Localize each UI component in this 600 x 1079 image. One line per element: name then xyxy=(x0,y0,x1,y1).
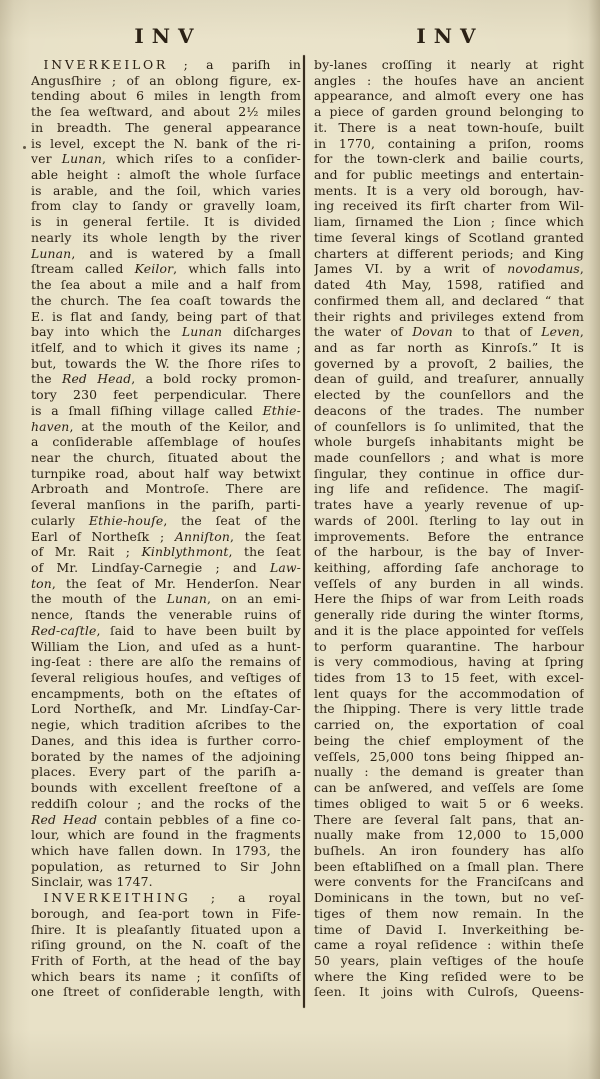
text-line: the water of Dovan to that of Leven, xyxy=(314,324,584,340)
text-line: came a royal reſidence : within theſe xyxy=(314,937,584,953)
text-line: for the town-clerk and bailie courts, xyxy=(314,151,584,167)
text-line: ſeveral manſions in the pariſh, parti- xyxy=(31,497,301,513)
text-line: of the harbour, is the bay of Inver- xyxy=(314,544,584,560)
text-line: the ſea weſtward, and about 2½ miles xyxy=(31,104,301,120)
text-line: governed by a provoſt, 2 bailies, the xyxy=(314,356,584,372)
text-line: nually make from 12,000 to 15,000 xyxy=(314,827,584,843)
text-line: veſſels of any burden in all winds. xyxy=(314,576,584,592)
text-line: bay into which the Lunan diſcharges xyxy=(31,324,301,340)
text-line: wards of 200l. ſterling to lay out in xyxy=(314,513,584,529)
text-line: from clay to ſandy or gravelly loam, xyxy=(31,198,301,214)
text-line: which bears its name ; it conſiſts of xyxy=(31,969,301,985)
text-line: lent quays for the accommodation of xyxy=(314,686,584,702)
text-line: in breadth. The general appearance xyxy=(31,120,301,136)
text-line: angles : the houſes have an ancient xyxy=(314,73,584,89)
text-line: places. Every part of the pariſh a- xyxy=(31,764,301,780)
text-line: Red-caſtle, ſaid to have been built by xyxy=(31,623,301,639)
text-line: ſtream called Keilor, which falls into xyxy=(31,261,301,277)
text-line: nearly its whole length by the river xyxy=(31,230,301,246)
text-line: but, towards the W. the ſhore riſes to xyxy=(31,356,301,372)
text-line: times obliged to wait 5 or 6 weeks. xyxy=(314,796,584,812)
text-line: improvements. Before the entrance xyxy=(314,529,584,545)
text-line: of Mr. Lindſay-Carnegie ; and Law- xyxy=(31,560,301,576)
text-line: and it is the place appointed for veſſel… xyxy=(314,623,584,639)
text-line: the ſea about a mile and a half from xyxy=(31,277,301,293)
text-line: ing received its firſt charter from Wil- xyxy=(314,198,584,214)
text-line: the Red Head, a bold rocky promon- xyxy=(31,371,301,387)
text-line: deacons of the trades. The number xyxy=(314,403,584,419)
text-line: dean of guild, and treaſurer, annually xyxy=(314,371,584,387)
text-line: time ſeveral kings of Scotland granted xyxy=(314,230,584,246)
text-line: ver Lunan, which riſes to a conſider- xyxy=(31,151,301,167)
text-line: is in general fertile. It is divided xyxy=(31,214,301,230)
text-line: charters at different periods; and King xyxy=(314,246,584,262)
ink-speck xyxy=(23,146,26,149)
text-line: encampments, both on the eſtates of xyxy=(31,686,301,702)
text-line: Danes, and this idea is further corro- xyxy=(31,733,301,749)
text-line: ton, the ſeat of Mr. Henderſon. Near xyxy=(31,576,301,592)
text-line: I N V E R K E I T H I N G ; a royal xyxy=(31,890,301,906)
text-line: 50 years, plain veſtiges of the houſe xyxy=(314,953,584,969)
text-line: being the chief employment of the xyxy=(314,733,584,749)
text-line: their rights and privileges extend from xyxy=(314,309,584,325)
text-line: Arbroath and Montroſe. There are xyxy=(31,481,301,497)
text-line: the church. The ſea coaſt towards the xyxy=(31,293,301,309)
text-line: it. There is a neat town-houſe, built xyxy=(314,120,584,136)
text-line: borated by the names of the adjoining xyxy=(31,749,301,765)
text-line: Red Head contain pebbles of a fine co- xyxy=(31,812,301,828)
text-line: which have fallen down. In 1793, the xyxy=(31,843,301,859)
running-header-right: INV xyxy=(312,24,580,48)
text-line: population, as returned to Sir John xyxy=(31,859,301,875)
text-line: Angusſhire ; of an oblong figure, ex- xyxy=(31,73,301,89)
text-line: one ſtreet of conſiderable length, with xyxy=(31,984,301,1000)
text-line: and for public meetings and entertain- xyxy=(314,167,584,183)
text-line: ſeveral religious houſes, and veſtiges o… xyxy=(31,670,301,686)
text-line: Here the ſhips of war from Leith roads xyxy=(314,591,584,607)
running-header-left: INV xyxy=(30,24,298,48)
text-line: Lord Northeſk, and Mr. Lindſay-Car- xyxy=(31,701,301,717)
text-line: William the Lion, and uſed as a hunt- xyxy=(31,639,301,655)
text-line: and as far north as Kinroſs.” It is xyxy=(314,340,584,356)
text-line: Dominicans in the town, but no veſ- xyxy=(314,890,584,906)
text-line: There are ſeveral ſalt pans, that an- xyxy=(314,812,584,828)
text-line: I N V E R K E I L O R ; a pariſh in xyxy=(31,57,301,73)
text-line: ſingular, they continue in office dur- xyxy=(314,466,584,482)
text-line: ing-ſeat : there are alſo the remains of xyxy=(31,654,301,670)
text-line: Lunan, and is watered by a ſmall xyxy=(31,246,301,262)
text-line: reddiſh colour ; and the rocks of the xyxy=(31,796,301,812)
text-line: tides from 13 to 15 feet, with excel- xyxy=(314,670,584,686)
text-line: bounds with excellent freeſtone of a xyxy=(31,780,301,796)
text-line: Sinclair, was 1747. xyxy=(31,874,301,890)
text-line: able height : almoſt the whole ſurface xyxy=(31,167,301,183)
text-line: tiges of them now remain. In the xyxy=(314,906,584,922)
text-line: riſing ground, on the N. coaſt of the xyxy=(31,937,301,953)
text-line: trates have a yearly revenue of up- xyxy=(314,497,584,513)
text-line: made counſellors ; and what is more xyxy=(314,450,584,466)
text-line: tory 230 feet perpendicular. There xyxy=(31,387,301,403)
left-column-text: I N V E R K E I L O R ; a pariſh inAngus… xyxy=(31,57,301,1000)
text-line: near the church, ſituated about the xyxy=(31,450,301,466)
text-line: tending about 6 miles in length from xyxy=(31,88,301,104)
text-line: E. is flat and ſandy, being part of that xyxy=(31,309,301,325)
text-line: in 1770, containing a priſon, rooms xyxy=(314,136,584,152)
text-line: of Mr. Rait ; Kinblythmont, the ſeat xyxy=(31,544,301,560)
text-line: veſſels, 25,000 tons being ſhipped an- xyxy=(314,749,584,765)
text-line: ſeen. It joins with Culroſs, Queens- xyxy=(314,984,584,1000)
text-line: by-lanes croſſing it nearly at right xyxy=(314,57,584,73)
text-line: itſelf, and to which it gives its name ; xyxy=(31,340,301,356)
text-line: borough, and ſea-port town in Fife- xyxy=(31,906,301,922)
text-line: cularly Ethie-houſe, the ſeat of the xyxy=(31,513,301,529)
text-line: of counſellors is ſo unlimited, that the xyxy=(314,419,584,435)
text-line: is a ſmall fiſhing village called Ethie- xyxy=(31,403,301,419)
text-line: ments. It is a very old borough, hav- xyxy=(314,183,584,199)
text-line: nence, ſtands the venerable ruins of xyxy=(31,607,301,623)
text-line: time of David I. Inverkeithing be- xyxy=(314,922,584,938)
text-line: turnpike road, about half way betwixt xyxy=(31,466,301,482)
text-line: negie, which tradition aſcribes to the xyxy=(31,717,301,733)
text-line: nually : the demand is greater than xyxy=(314,764,584,780)
text-line: haven, at the mouth of the Keilor, and xyxy=(31,419,301,435)
text-line: keithing, affording ſafe anchorage to xyxy=(314,560,584,576)
text-line: the ſhipping. There is very little trade xyxy=(314,701,584,717)
text-line: Earl of Northeſk ; Anniſton, the ſeat xyxy=(31,529,301,545)
text-line: James VI. by a writ of novodamus, xyxy=(314,261,584,277)
text-line: Frith of Forth, at the head of the bay xyxy=(31,953,301,969)
text-line: to perform quarantine. The harbour xyxy=(314,639,584,655)
text-line: were convents for the Franciſcans and xyxy=(314,874,584,890)
text-line: buſhels. An iron foundery has alſo xyxy=(314,843,584,859)
text-line: where the King reſided were to be xyxy=(314,969,584,985)
text-line: liam, ſirnamed the Lion ; ſince which xyxy=(314,214,584,230)
book-page: INV INV I N V E R K E I L O R ; a pariſh… xyxy=(0,0,600,1079)
text-line: lour, which are found in the fragments xyxy=(31,827,301,843)
text-line: been eſtabliſhed on a ſmall plan. There xyxy=(314,859,584,875)
text-line: appearance, and almoſt every one has xyxy=(314,88,584,104)
right-column-text: by-lanes croſſing it nearly at rightangl… xyxy=(314,57,584,1000)
text-line: carried on, the exportation of coal xyxy=(314,717,584,733)
text-line: generally ride during the winter ſtorms, xyxy=(314,607,584,623)
column-divider-rule xyxy=(303,55,305,1008)
text-line: confirmed them all, and declared “ that xyxy=(314,293,584,309)
text-line: dated 4th May, 1598, ratified and xyxy=(314,277,584,293)
text-line: is arable, and the ſoil, which varies xyxy=(31,183,301,199)
text-line: ſhire. It is pleaſantly ſituated upon a xyxy=(31,922,301,938)
text-line: a piece of garden ground belonging to xyxy=(314,104,584,120)
text-line: is level, except the N. bank of the ri- xyxy=(31,136,301,152)
text-line: the mouth of the Lunan, on an emi- xyxy=(31,591,301,607)
text-line: whole burgeſs inhabitants might be xyxy=(314,434,584,450)
text-line: elected by the counſellors and the xyxy=(314,387,584,403)
text-line: a conſiderable aſſemblage of houſes xyxy=(31,434,301,450)
text-line: ing life and reſidence. The magiſ- xyxy=(314,481,584,497)
text-line: can be anſwered, and veſſels are ſome xyxy=(314,780,584,796)
text-line: is very commodious, having at ſpring xyxy=(314,654,584,670)
